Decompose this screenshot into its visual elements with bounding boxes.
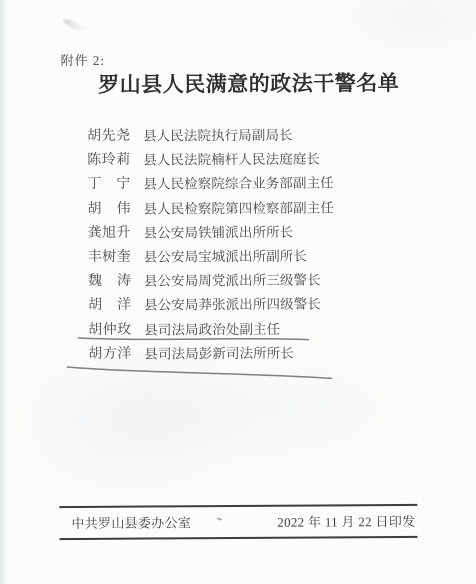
roster-row: 龚旭升 县公安局铁铺派出所所长 <box>88 220 335 246</box>
officer-position: 县公安局周党派出所三级警长 <box>144 269 321 294</box>
roster-row: 魏 涛 县公安局周党派出所三级警长 <box>88 269 335 295</box>
issuer-name: 中共罗山县委办公室 <box>71 513 191 533</box>
page-title: 罗山县人民满意的政法干警名单 <box>23 67 475 100</box>
scanned-document-page: 附件 2: 罗山县人民满意的政法干警名单 胡先尧 县人民法院执行局副局长 陈玲莉… <box>0 0 476 584</box>
print-date: 2022 年 11 月 22 日印发 <box>277 511 415 531</box>
officer-position: 县公安局宝城派出所副所长 <box>144 245 307 270</box>
officer-name: 陈玲莉 <box>87 149 131 173</box>
officer-position: 县司法局政治处副主任 <box>144 317 280 342</box>
roster-row: 丰树奎 县公安局宝城派出所副所长 <box>88 244 335 270</box>
officer-position: 县公安局铁铺派出所所长 <box>144 220 294 245</box>
officer-name: 胡先尧 <box>87 125 131 149</box>
officer-name: 胡 伟 <box>87 197 131 221</box>
roster-row: 丁 宁 县人民检察院综合业务部副主任 <box>87 172 334 198</box>
officer-name: 龚旭升 <box>88 221 132 245</box>
handwritten-underline-row10 <box>67 365 331 380</box>
roster-list: 胡先尧 县人民法院执行局副局长 陈玲莉 县人民法院楠杆人民法庭庭长 丁 宁 县人… <box>87 123 335 366</box>
officer-position: 县司法局彭新司法所所长 <box>144 341 294 366</box>
roster-row: 胡 洋 县公安局莽张派出所四级警长 <box>88 293 335 319</box>
officer-name: 胡仲玫 <box>88 318 132 342</box>
officer-position: 县人民检察院综合业务部副主任 <box>143 172 334 197</box>
officer-position: 县人民检察院第四检察部副主任 <box>143 196 334 221</box>
attachment-label: 附件 2: <box>61 50 105 69</box>
roster-row: 胡方洋 县司法局彭新司法所所长 <box>88 341 335 367</box>
footer-row: 中共罗山县委办公室 2022 年 11 月 22 日印发 <box>59 506 417 538</box>
document-content: 附件 2: 罗山县人民满意的政法干警名单 胡先尧 县人民法院执行局副局长 陈玲莉… <box>0 0 476 584</box>
officer-name: 丰树奎 <box>88 246 132 270</box>
roster-row: 陈玲莉 县人民法院楠杆人民法庭庭长 <box>87 148 334 174</box>
roster-row: 胡先尧 县人民法院执行局副局长 <box>87 123 334 149</box>
officer-name: 丁 宁 <box>87 173 131 197</box>
roster-row: 胡仲玫 县司法局政治处副主任 <box>88 317 335 343</box>
officer-name: 胡 洋 <box>88 294 132 318</box>
officer-name: 胡方洋 <box>88 342 132 366</box>
document-footer: 中共罗山县委办公室 2022 年 11 月 22 日印发 <box>59 504 417 540</box>
officer-position: 县人民法院执行局副局长 <box>143 124 293 149</box>
officer-name: 魏 涛 <box>88 270 132 294</box>
roster-row: 胡 伟 县人民检察院第四检察部副主任 <box>87 196 334 222</box>
officer-position: 县人民法院楠杆人民法庭庭长 <box>143 148 320 173</box>
officer-position: 县公安局莽张派出所四级警长 <box>144 293 321 318</box>
